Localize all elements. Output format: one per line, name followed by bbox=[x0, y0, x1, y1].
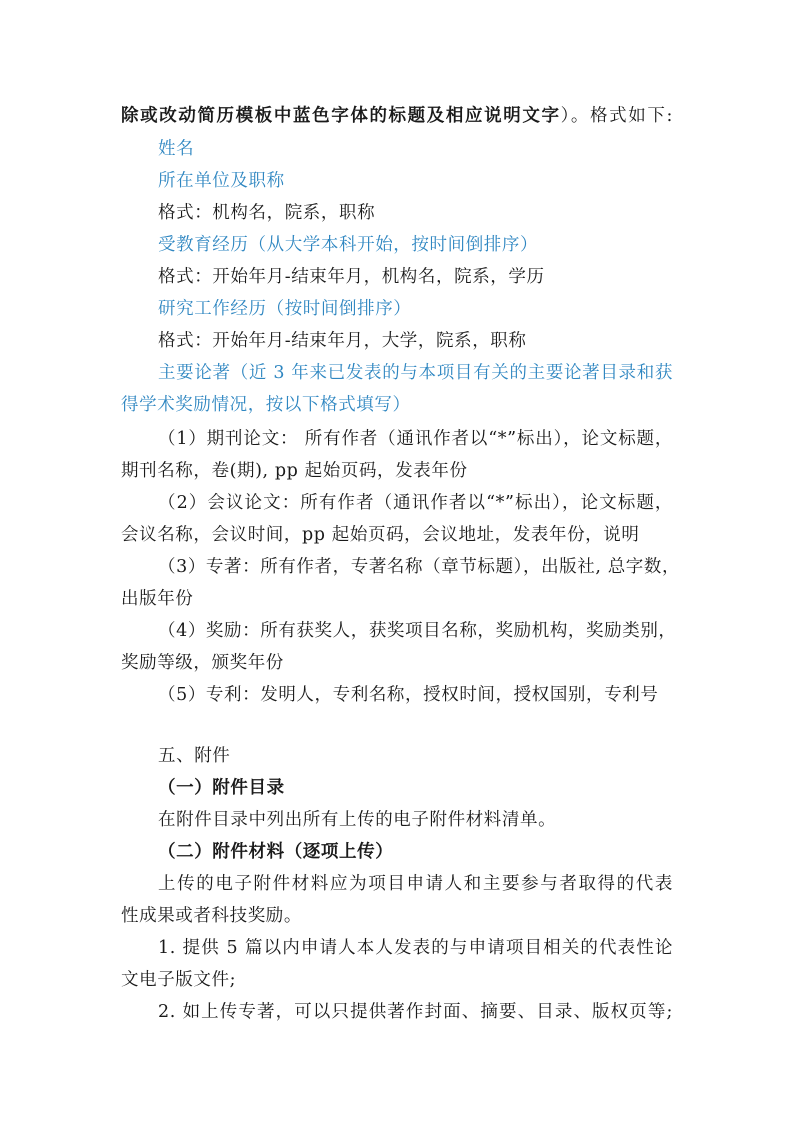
format-journal-line2: 期刊名称，卷(期), pp 起始页码，发表年份 bbox=[121, 459, 468, 483]
format-education: 格式：开始年月-结束年月，机构名，院系，学历 bbox=[158, 265, 545, 289]
format-conference-line2: 会议名称，会议时间，pp 起始页码，会议地址，发表年份，说明 bbox=[121, 523, 639, 547]
format-award-line2: 奖励等级，颁奖年份 bbox=[121, 651, 284, 675]
section-five-sub1-body: 在附件目录中列出所有上传的电子附件材料清单。 bbox=[158, 808, 556, 832]
intro-line: 除或改动简历模板中蓝色字体的标题及相应说明文字）。格式如下: bbox=[121, 104, 673, 128]
format-monograph-line1: （3）专著：所有作者，专著名称（章节标题），出版社, 总字数， bbox=[158, 555, 673, 579]
section-five-title: 五、附件 bbox=[158, 744, 230, 768]
section-five-sub2-title: （二）附件材料（逐项上传） bbox=[158, 840, 393, 864]
publications-heading-line1: 主要论著（近 3 年来已发表的与本项目有关的主要论著目录和获 bbox=[158, 361, 673, 385]
format-monograph-line2: 出版年份 bbox=[121, 587, 193, 611]
intro-normal-text: ）。格式如下: bbox=[561, 106, 673, 126]
section-five-sub2-body-line2: 性成果或者科技奖励。 bbox=[121, 904, 302, 928]
attachment-item-2-line1: 2. 如上传专著，可以只提供著作封面、摘要、目录、版权页等; bbox=[158, 1000, 673, 1024]
format-journal-line1: （1）期刊论文： 所有作者（通讯作者以“*”标出），论文标题， bbox=[158, 427, 673, 451]
template-item-research: 研究工作经历（按时间倒排序） bbox=[158, 297, 411, 321]
format-conference-line1: （2）会议论文：所有作者（通讯作者以“*”标出），论文标题， bbox=[158, 491, 673, 515]
section-five-sub2-body-line1: 上传的电子附件材料应为项目申请人和主要参与者取得的代表 bbox=[158, 872, 673, 896]
publications-heading-line2: 得学术奖励情况，按以下格式填写） bbox=[121, 393, 411, 417]
format-research: 格式：开始年月-结束年月，大学，院系，职称 bbox=[158, 329, 527, 353]
intro-bold-text: 除或改动简历模板中蓝色字体的标题及相应说明文字 bbox=[121, 106, 561, 126]
template-item-affiliation: 所在单位及职称 bbox=[158, 169, 285, 193]
template-item-education: 受教育经历（从大学本科开始，按时间倒排序） bbox=[158, 233, 538, 257]
attachment-item-1-line2: 文电子版文件; bbox=[121, 968, 236, 992]
format-affiliation: 格式：机构名，院系，职称 bbox=[158, 201, 375, 225]
attachment-item-1-line1: 1. 提供 5 篇以内申请人本人发表的与申请项目相关的代表性论 bbox=[158, 936, 673, 960]
section-five-sub1-title: （一）附件目录 bbox=[158, 776, 285, 800]
format-patent-line1: （5）专利：发明人，专利名称，授权时间，授权国别，专利号 bbox=[158, 683, 658, 707]
format-award-line1: （4）奖励：所有获奖人，获奖项目名称，奖励机构，奖励类别， bbox=[158, 619, 673, 643]
document-page: 除或改动简历模板中蓝色字体的标题及相应说明文字）。格式如下: 姓名 所在单位及职… bbox=[0, 0, 793, 1122]
template-item-name: 姓名 bbox=[158, 137, 194, 161]
